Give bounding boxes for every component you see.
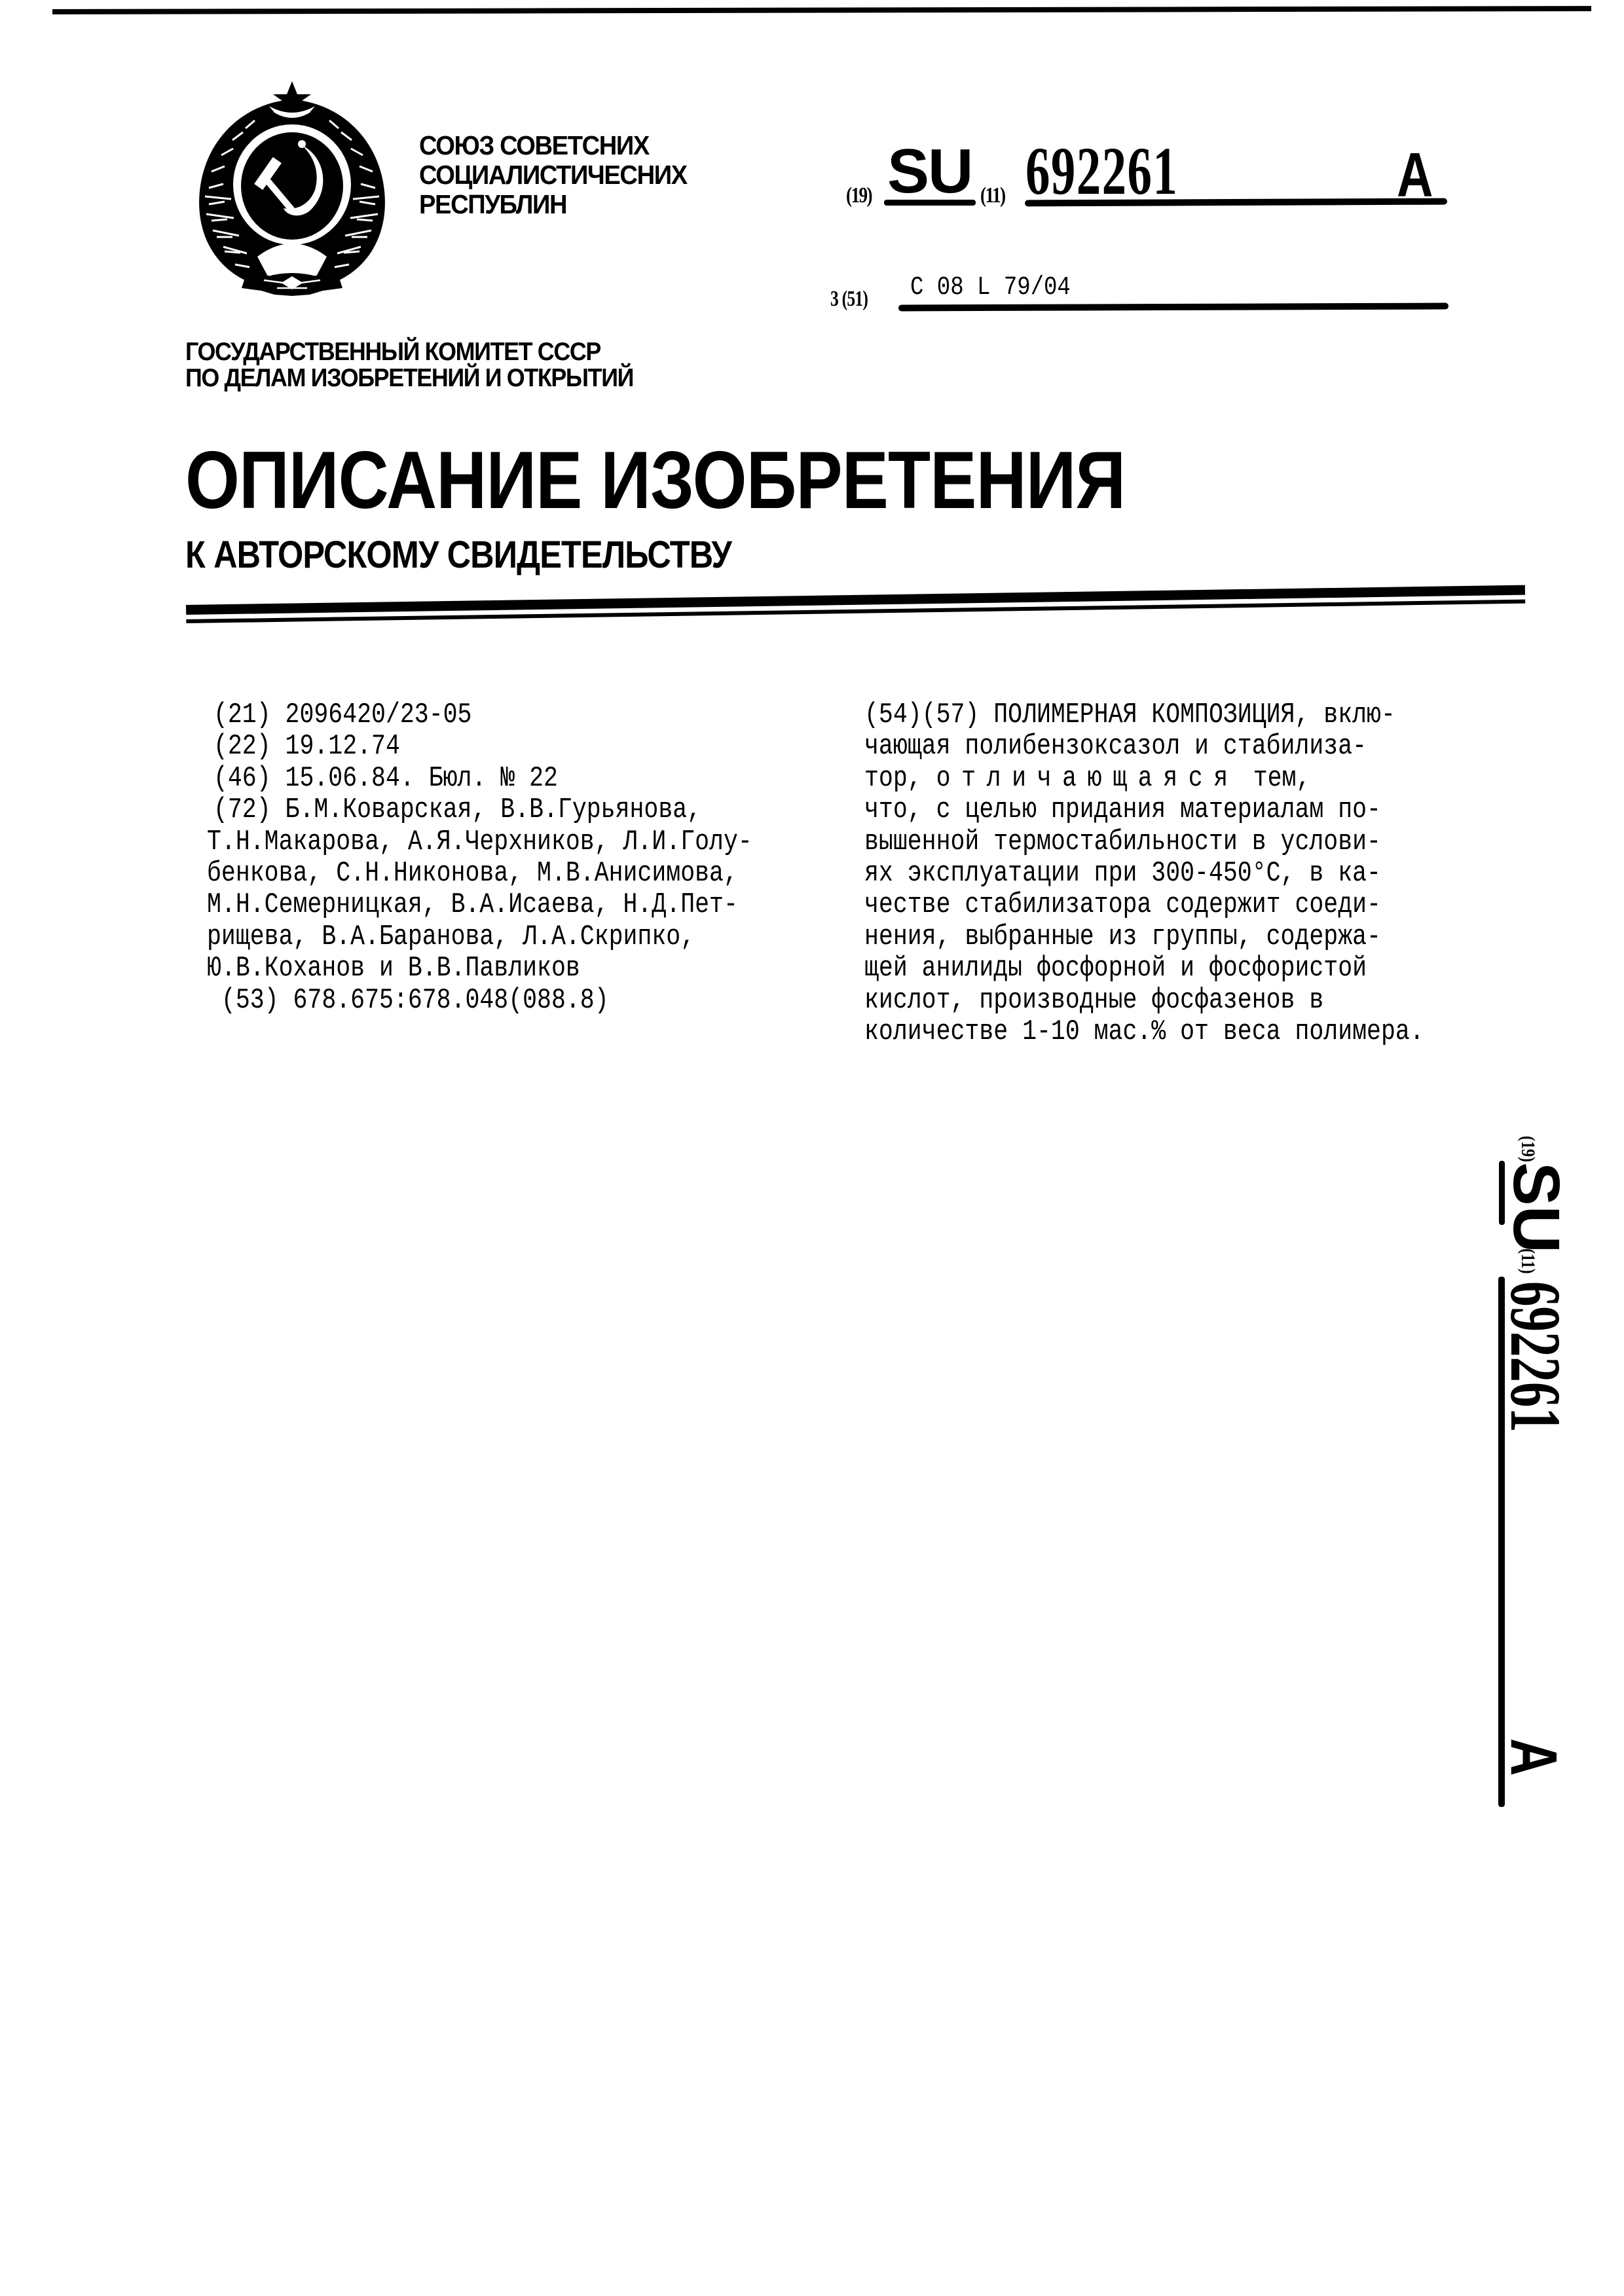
committee-line: ГОСУДАРСТВЕННЫЙ КОМИТЕТ СССР	[185, 339, 633, 365]
top-border-rule	[52, 6, 1591, 14]
publication-number-label: (11)	[980, 183, 1005, 208]
union-name-line: СОЮЗ СОВЕТСНИХ	[419, 131, 687, 160]
biblio-line: бенкова, С.Н.Никонова, М.В.Анисимова,	[207, 858, 752, 889]
side-country-code: SU	[1504, 1162, 1569, 1253]
side-kind-code: A	[1501, 1738, 1566, 1776]
side-country-underline	[1499, 1161, 1505, 1225]
side-number-underline	[1498, 1277, 1505, 1807]
biblio-line: (53) 678.675:678.048(088.8)	[207, 985, 752, 1016]
publication-number-underline	[1025, 198, 1447, 207]
biblio-line: (72) Б.М.Коварская, В.В.Гурьянова,	[207, 794, 752, 826]
biblio-line: Т.Н.Макарова, А.Я.Черхников, Л.И.Голу-	[207, 826, 752, 858]
claim-line: вышенной термостабильности в услови-	[864, 826, 1424, 858]
claim-line-prefix: тор,	[864, 762, 936, 795]
biblio-line: М.Н.Семерницкая, В.А.Исаева, Н.Д.Пет-	[207, 889, 752, 920]
biblio-line: (46) 15.06.84. Бюл. № 22	[207, 763, 752, 794]
claim-line: честве стабилизатора содержит соеди-	[864, 889, 1424, 920]
claim-line: (54)(57) ПОЛИМЕРНАЯ КОМПОЗИЦИЯ, вклю-	[864, 699, 1424, 731]
ussr-coat-of-arms-icon	[185, 80, 399, 296]
claim-line: щей анилиды фосфорной и фосфористой	[864, 953, 1424, 984]
claim-line: что, с целью придания материалам по-	[864, 794, 1424, 826]
side-country-code-label: (19)	[1517, 1136, 1539, 1162]
country-code-underline	[884, 200, 976, 206]
title-double-rule	[186, 585, 1525, 623]
ipc-underline	[898, 303, 1449, 312]
ipc-label: 3 (51)	[830, 287, 868, 312]
claim-text: (54)(57) ПОЛИМЕРНАЯ КОМПОЗИЦИЯ, вклю- ча…	[864, 699, 1424, 1048]
union-name: СОЮЗ СОВЕТСНИХ СОЦИАЛИСТИЧЕСНИХ РЕСПУБЛИ…	[419, 131, 687, 219]
side-stamp: (19) SU (11) 692261 A	[1493, 1136, 1572, 1807]
document-subtitle: К АВТОРСКОМУ СВИДЕТЕЛЬСТВУ	[185, 536, 731, 575]
ipc-classification: C 08 L 79/04	[910, 274, 1071, 302]
kind-code: A	[1397, 144, 1433, 207]
union-name-line: СОЦИАЛИСТИЧЕСНИХ	[419, 160, 687, 190]
claim-line: чающая полибензоксазол и стабилиза-	[864, 731, 1424, 762]
claim-line: количестве 1-10 мас.% от веса полимера.	[864, 1016, 1424, 1048]
committee-line: ПО ДЕЛАМ ИЗОБРЕТЕНИЙ И ОТКРЫТИЙ	[185, 365, 633, 392]
bibliographic-data: (21) 2096420/23-05 (22) 19.12.74 (46) 15…	[207, 699, 752, 1016]
claim-line: нения, выбранные из группы, содержа-	[864, 921, 1424, 953]
claim-line: кислот, производные фосфазенов в	[864, 985, 1424, 1016]
publication-number: 692261	[1025, 137, 1178, 206]
biblio-line: (21) 2096420/23-05	[207, 699, 752, 731]
biblio-line: Ю.В.Коханов и В.В.Павликов	[207, 953, 752, 984]
union-name-line: РЕСПУБЛИН	[419, 190, 687, 219]
claim-line-suffix: тем,	[1239, 762, 1311, 795]
committee-name: ГОСУДАРСТВЕННЫЙ КОМИТЕТ СССР ПО ДЕЛАМ ИЗ…	[185, 339, 633, 392]
document-title: ОПИСАНИЕ ИЗОБРЕТЕНИЯ	[185, 440, 1125, 521]
side-publication-number: 692261	[1500, 1281, 1572, 1432]
biblio-line: рищева, В.А.Баранова, Л.А.Скрипко,	[207, 921, 752, 953]
claim-line: тор, отличающаяся тем,	[864, 763, 1424, 794]
biblio-line: (22) 19.12.74	[207, 731, 752, 762]
side-number-label: (11)	[1517, 1248, 1539, 1274]
claim-line: ях эксплуатации при 300-450°С, в ка-	[864, 858, 1424, 889]
claim-emphasis: отличающаяся	[936, 762, 1239, 795]
country-code-label: (19)	[846, 183, 872, 208]
country-code: SU	[887, 140, 972, 203]
